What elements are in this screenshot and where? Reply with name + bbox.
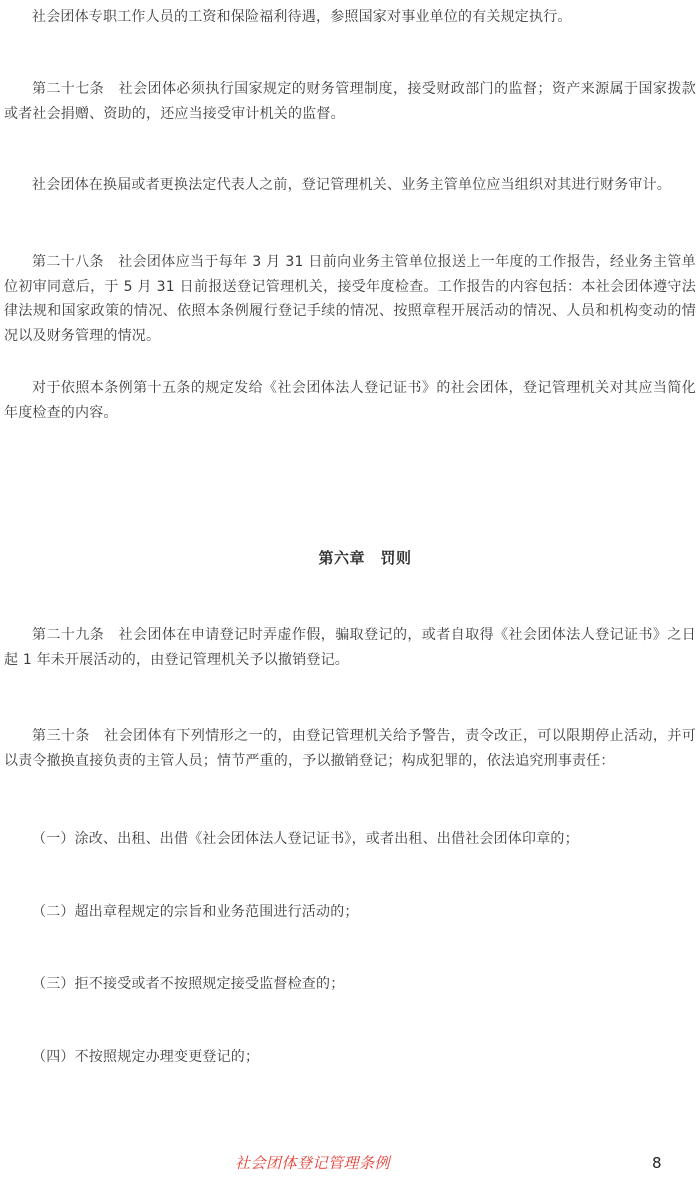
chapter-6-heading: 第六章 罚则 [0, 546, 700, 570]
list-item-4: （四）不按照规定办理变更登记的； [4, 1045, 696, 1070]
list-item-1: （一）涂改、出租、出借《社会团体法人登记证书》，或者出租、出借社会团体印章的； [4, 827, 696, 852]
footer-document-title: 社会团体登记管理条例 [235, 1153, 390, 1173]
paragraph-article-28: 第二十八条 社会团体应当于每年 3 月 31 日前向业务主管单位报送上一年度的工… [4, 250, 696, 349]
paragraph-article-27: 第二十七条 社会团体必须执行国家规定的财务管理制度，接受财政部门的监督；资产来源… [4, 77, 696, 126]
document-page: 社会团体专职工作人员的工资和保险福利待遇，参照国家对事业单位的有关规定执行。 第… [0, 0, 700, 1182]
paragraph-article-30: 第三十条 社会团体有下列情形之一的，由登记管理机关给予警告，责令改正，可以限期停… [4, 724, 696, 773]
list-item-3: （三）拒不接受或者不按照规定接受监督检查的； [4, 972, 696, 997]
list-item-2: （二）超出章程规定的宗旨和业务范围进行活动的； [4, 900, 696, 925]
paragraph-financial-audit: 社会团体在换届或者更换法定代表人之前，登记管理机关、业务主管单位应当组织对其进行… [4, 173, 696, 198]
paragraph-staff-salary: 社会团体专职工作人员的工资和保险福利待遇，参照国家对事业单位的有关规定执行。 [4, 5, 696, 30]
paragraph-simplified-inspection: 对于依照本条例第十五条的规定发给《社会团体法人登记证书》的社会团体，登记管理机关… [4, 376, 696, 425]
paragraph-article-29: 第二十九条 社会团体在申请登记时弄虚作假，骗取登记的，或者自取得《社会团体法人登… [4, 623, 696, 672]
page-number: 8 [652, 1153, 662, 1173]
